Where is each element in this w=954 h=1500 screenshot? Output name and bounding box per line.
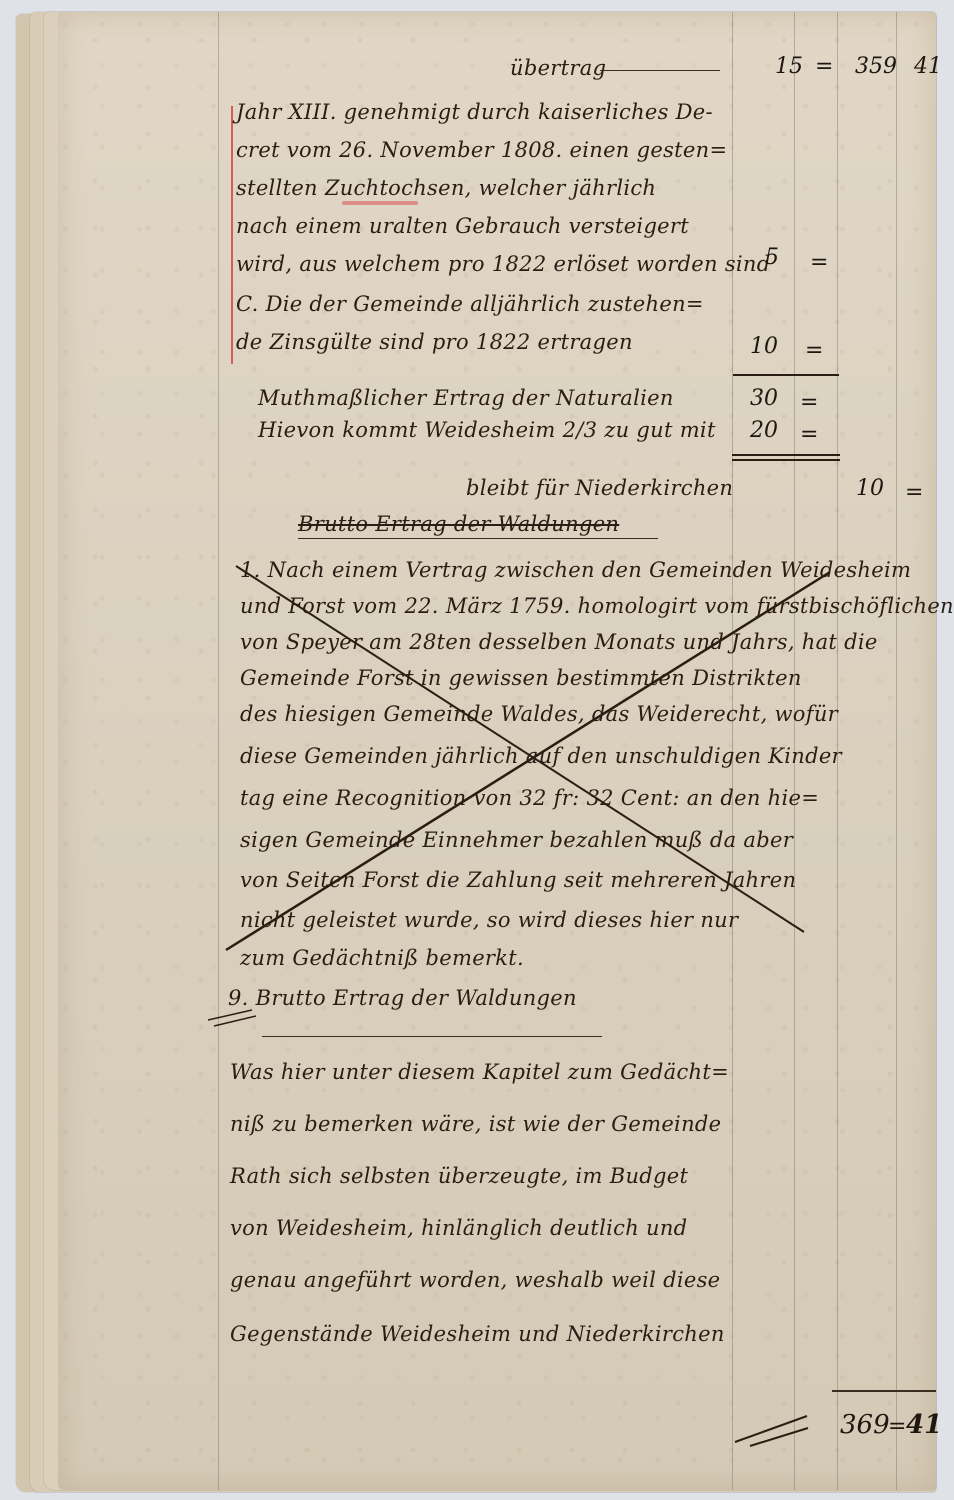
footer-total-sep: =	[888, 1414, 906, 1439]
carry-mark-icon	[0, 0, 954, 1500]
footer-total-value: 369	[840, 1410, 890, 1440]
footer-total-cents: 41	[906, 1410, 942, 1440]
